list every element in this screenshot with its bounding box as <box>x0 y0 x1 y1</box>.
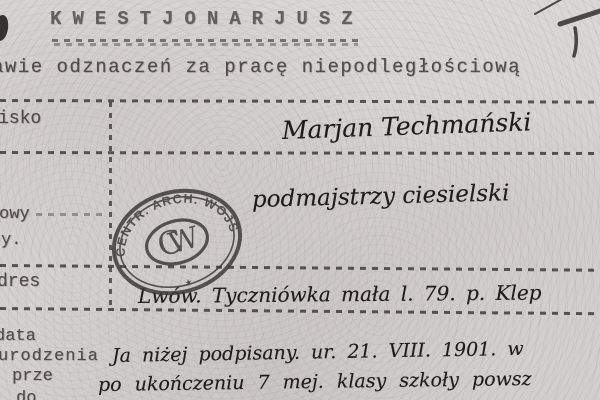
page-title: KWESTJONARJUSZ <box>50 8 364 30</box>
pen-stroke-thick <box>560 11 600 24</box>
handwritten-name: Marjan Techmański <box>281 107 531 145</box>
field-label-urodzenia: urodzenia <box>0 347 99 366</box>
handwritten-declaration-1: Ja niżej podpisany. ur. 21. VIII. 1901. … <box>112 338 524 367</box>
field-label-prze: prze <box>12 367 53 386</box>
pen-stroke-vertical <box>574 28 576 56</box>
rule-top <box>0 99 600 104</box>
handwritten-declaration-2: po ukończeniu 7 mej. klasy szkoły powsz <box>98 368 532 396</box>
rule-under-name <box>0 151 600 155</box>
rule-after-owy <box>36 213 104 216</box>
field-label-nazwisko: isko <box>0 109 41 129</box>
field-label-zawod-1: owy <box>0 205 30 224</box>
pen-strokes <box>515 0 600 78</box>
field-label-zawod-2: y. <box>1 231 21 250</box>
page-subtitle: awie odznaczeń za pracę niepodległościow… <box>0 56 521 78</box>
handwritten-profession: podmajstrzy ciesielski <box>252 180 510 213</box>
pen-stroke-thin <box>535 0 562 14</box>
title-underline-2 <box>54 43 358 46</box>
field-label-do: do <box>16 389 36 400</box>
scanned-questionnaire-page: KWESTJONARJUSZ awie odznaczeń za pracę n… <box>0 0 600 400</box>
rule-above-address <box>0 264 600 272</box>
field-label-data: data <box>0 327 36 346</box>
ink-blot <box>0 14 10 42</box>
title-underline <box>52 39 360 42</box>
rule-under-address <box>0 307 600 315</box>
field-label-adres: dres <box>0 272 40 292</box>
stamp-star-icon: ★ <box>183 275 194 290</box>
